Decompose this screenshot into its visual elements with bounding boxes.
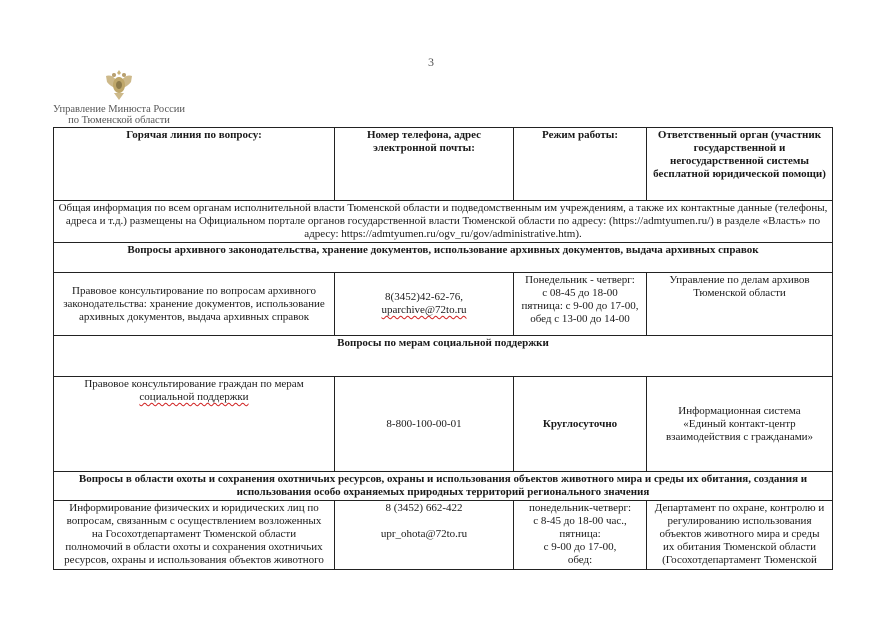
org-line: их обитания Тюменской области xyxy=(650,541,829,554)
org-line: Информационная система xyxy=(650,405,829,418)
row-responsible-org: Департамент по охране, контролю и регули… xyxy=(647,501,833,570)
column-header-schedule: Режим работы: xyxy=(514,128,647,201)
schedule-line: обед: xyxy=(517,554,643,567)
column-header-topic: Горячая линия по вопросу: xyxy=(54,128,335,201)
schedule-line: обед с 13-00 до 14-00 xyxy=(517,313,643,326)
section-title-archives: Вопросы архивного законодательства, хран… xyxy=(54,243,833,273)
row-schedule: Понедельник - четверг: с 08-45 до 18-00 … xyxy=(514,273,647,336)
table-row: Информирование физических и юридических … xyxy=(54,501,833,570)
ministry-logo-block: Управление Минюста России по Тюменской о… xyxy=(44,66,194,126)
schedule-line: пятница: xyxy=(517,528,643,541)
row-contacts: 8 (3452) 662-422 upr_ohota@72to.ru xyxy=(335,501,514,570)
schedule-line: с 08-45 до 18-00 xyxy=(517,287,643,300)
hotline-table: Горячая линия по вопросу: Номер телефона… xyxy=(53,127,833,570)
general-info-row: Общая информация по всем органам исполни… xyxy=(54,201,833,243)
row-schedule: Круглосуточно xyxy=(514,377,647,472)
org-line: объектов животного мира и среды xyxy=(650,528,829,541)
general-info-text: Общая информация по всем органам исполни… xyxy=(54,201,833,243)
org-line: взаимодействия с гражданами» xyxy=(650,431,829,444)
section-title-hunting: Вопросы в области охоты и сохранения охо… xyxy=(54,472,833,501)
email-link[interactable]: uparchive@72to.ru xyxy=(338,304,510,317)
page-number: 3 xyxy=(428,55,434,70)
section-header-row: Вопросы по мерам социальной поддержки xyxy=(54,336,833,377)
topic-line: на Госохотдепартамент Тюменской области xyxy=(57,528,331,541)
row-topic: Правовое консультирование граждан по мер… xyxy=(54,377,335,472)
topic-line: полномочий в области охоты и сохранения … xyxy=(57,541,331,554)
email-link[interactable]: upr_ohota@72to.ru xyxy=(338,528,510,541)
org-line: (Госохотдепартамент Тюменской xyxy=(650,554,829,567)
section-header-row: Вопросы в области охоты и сохранения охо… xyxy=(54,472,833,501)
org-name-line1: Управление Минюста России xyxy=(44,104,194,115)
row-responsible-org: Управление по делам архивов Тюменской об… xyxy=(647,273,833,336)
org-line: регулированию использования xyxy=(650,515,829,528)
topic-line: Правовое консультирование граждан по мер… xyxy=(57,378,331,391)
topic-line: Информирование физических и юридических … xyxy=(57,502,331,515)
table-row: Правовое консультирование по вопросам ар… xyxy=(54,273,833,336)
schedule-line: пятница: с 9-00 до 17-00, xyxy=(517,300,643,313)
phone-number: 8(3452)42-62-76, xyxy=(338,291,510,304)
topic-line: ресурсов, охраны и использования объекто… xyxy=(57,554,331,567)
row-contacts: 8-800-100-00-01 xyxy=(335,377,514,472)
section-title-social-support: Вопросы по мерам социальной поддержки xyxy=(54,336,833,377)
column-header-responsible-org: Ответственный орган (участник государств… xyxy=(647,128,833,201)
column-header-contacts: Номер телефона, адрес электронной почты: xyxy=(335,128,514,201)
org-line: «Единый контакт-центр xyxy=(650,418,829,431)
double-headed-eagle-emblem-icon xyxy=(102,66,136,102)
topic-line: вопросам, связанным с осуществлением воз… xyxy=(57,515,331,528)
row-topic: Правовое консультирование по вопросам ар… xyxy=(54,273,335,336)
org-line: Департамент по охране, контролю и xyxy=(650,502,829,515)
phone-number: 8-800-100-00-01 xyxy=(338,418,510,431)
table-header-row: Горячая линия по вопросу: Номер телефона… xyxy=(54,128,833,201)
schedule-line: с 8-45 до 18-00 час., xyxy=(517,515,643,528)
row-contacts: 8(3452)42-62-76, uparchive@72to.ru xyxy=(335,273,514,336)
section-header-row: Вопросы архивного законодательства, хран… xyxy=(54,243,833,273)
topic-line: социальной поддержки xyxy=(57,391,331,404)
schedule-line: Понедельник - четверг: xyxy=(517,274,643,287)
phone-number: 8 (3452) 662-422 xyxy=(338,502,510,515)
row-schedule: понедельник-четверг: с 8-45 до 18-00 час… xyxy=(514,501,647,570)
table-row: Правовое консультирование граждан по мер… xyxy=(54,377,833,472)
row-responsible-org: Информационная система «Единый контакт-ц… xyxy=(647,377,833,472)
org-name-line2: по Тюменской области xyxy=(44,115,194,126)
schedule-line: понедельник-четверг: xyxy=(517,502,643,515)
row-topic: Информирование физических и юридических … xyxy=(54,501,335,570)
schedule-line: с 9-00 до 17-00, xyxy=(517,541,643,554)
